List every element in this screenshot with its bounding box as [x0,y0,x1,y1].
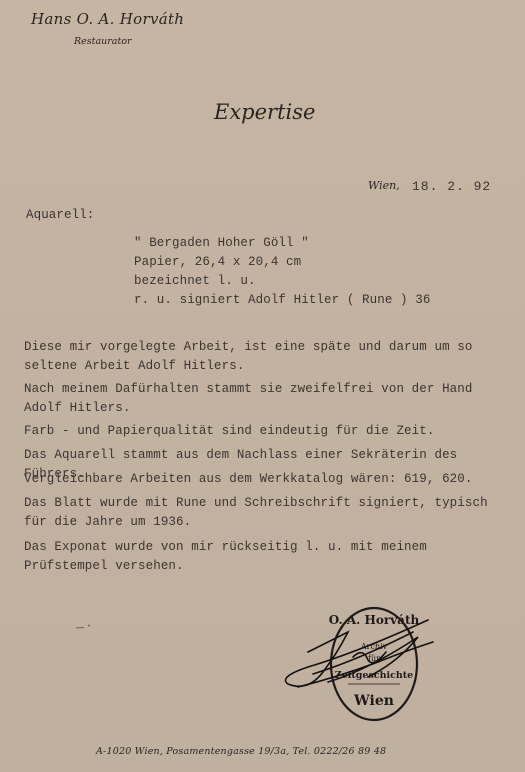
ink-speck [76,624,94,630]
stamp-bottom-text: Wien [353,693,394,709]
document-date: 18. 2. 92 [412,179,491,194]
artwork-medium: Papier, 26,4 x 20,4 cm [134,255,301,269]
stamp-top-text: O. A. Horváth [329,613,420,627]
paragraph: Vergleichbare Arbeiten aus dem Werkkatal… [24,470,504,489]
document-title: Expertise [214,100,315,124]
footer-address: A-1020 Wien, Posamentengasse 19/3a, Tel.… [96,746,386,757]
paragraph: Das Blatt wurde mit Rune und Schreibschr… [24,494,504,532]
artwork-label: Aquarell: [26,208,94,222]
artwork-title: " Bergaden Hoher Göll " [134,236,309,250]
artwork-signature: r. u. signiert Adolf Hitler ( Rune ) 36 [134,293,430,307]
signature-and-stamp: O. A. Horváth Archiv für Zeitgeschichte … [268,602,448,727]
paragraph: Diese mir vorgelegte Arbeit, ist eine sp… [24,338,504,376]
paragraph: Nach meinem Dafürhalten stammt sie zweif… [24,380,504,418]
letterhead-title: Restaurator [74,36,132,47]
paragraph: Das Exponat wurde von mir rückseitig l. … [24,538,504,576]
artwork-inscription: bezeichnet l. u. [134,274,256,288]
place-label: Wien, [368,179,400,192]
paragraph: Farb - und Papierqualität sind eindeutig… [24,422,504,441]
letterhead-name: Hans O. A. Horváth [31,10,184,28]
